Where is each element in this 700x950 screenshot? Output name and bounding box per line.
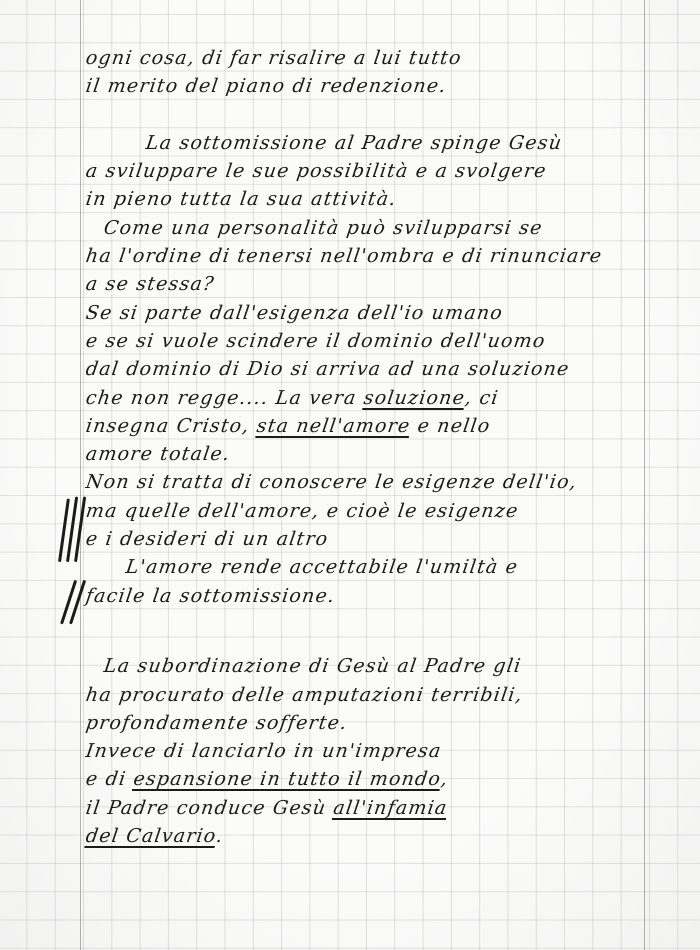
underlined-text: all'infamia [332, 797, 449, 819]
text-line: insegna Cristo, sta nell'amore e nello [84, 412, 668, 440]
text-line: il merito del piano di redenzione. [84, 72, 668, 100]
text-line: dal dominio di Dio si arriva ad una solu… [84, 355, 668, 383]
text-line: ha procurato delle amputazioni terribili… [84, 681, 668, 709]
text-line: a sviluppare le sue possibilità e a svol… [84, 157, 668, 185]
paragraph-2: La sottomissione al Padre spinge Gesù a … [84, 129, 664, 214]
text-line: ogni cosa, di far risalire a lui tutto [84, 44, 668, 72]
paragraph-4: Se si parte dall'esigenza dell'io umano … [84, 299, 664, 469]
text-line: a se stessa? [84, 270, 668, 298]
text-line: La subordinazione di Gesù al Padre gli [84, 652, 668, 680]
text-line: e di espansione in tutto il mondo, [84, 765, 668, 793]
text-line: L'amore rende accettabile l'umiltà e [84, 553, 668, 581]
text-line: e i desideri di un altro [84, 525, 668, 553]
text-line: ha l'ordine di tenersi nell'ombra e di r… [84, 242, 668, 270]
text-line: Se si parte dall'esigenza dell'io umano [84, 299, 668, 327]
underlined-text: espansione in tutto il mondo [132, 768, 443, 790]
text-line: Non si tratta di conoscere le esigenze d… [84, 468, 668, 496]
text-line: del Calvario. [84, 822, 668, 850]
underlined-text: soluzione [362, 387, 466, 409]
text-line: Come una personalità può svilupparsi se [84, 214, 668, 242]
text-line: che non regge.... La vera soluzione, ci [84, 384, 668, 412]
text-line: facile la sottomissione. [84, 582, 668, 610]
handwritten-text: ogni cosa, di far risalire a lui tutto i… [84, 44, 664, 850]
text-line: in pieno tutta la sua attività. [84, 185, 668, 213]
text-segment: , [440, 768, 450, 790]
paragraph-5: Non si tratta di conoscere le esigenze d… [84, 468, 664, 553]
underlined-text: del Calvario [84, 825, 217, 847]
paragraph-6: L'amore rende accettabile l'umiltà e fac… [84, 553, 664, 610]
paragraph-7: La subordinazione di Gesù al Padre gli h… [84, 652, 664, 850]
text-line: profondamente sofferte. [84, 709, 668, 737]
text-line: amore totale. [84, 440, 668, 468]
text-line: Invece di lanciarlo in un'impresa [84, 737, 668, 765]
text-segment: . [215, 825, 225, 847]
text-segment: che non regge.... La vera [84, 387, 365, 409]
text-segment: e nello [409, 415, 492, 437]
text-line: il Padre conduce Gesù all'infamia [84, 794, 668, 822]
text-segment: e di [84, 768, 135, 790]
paragraph-1: ogni cosa, di far risalire a lui tutto i… [84, 44, 664, 101]
text-line: ma quelle dell'amore, e cioè le esigenze [84, 497, 668, 525]
text-segment: il Padre conduce Gesù [84, 797, 335, 819]
paragraph-3: Come una personalità può svilupparsi se … [84, 214, 664, 299]
left-margin-line [80, 0, 81, 950]
text-segment: insegna Cristo, [84, 415, 258, 437]
text-line: La sottomissione al Padre spinge Gesù [84, 129, 668, 157]
text-line: e se si vuole scindere il dominio dell'u… [84, 327, 668, 355]
underlined-text: sta nell'amore [255, 415, 412, 437]
text-segment: , ci [464, 387, 501, 409]
